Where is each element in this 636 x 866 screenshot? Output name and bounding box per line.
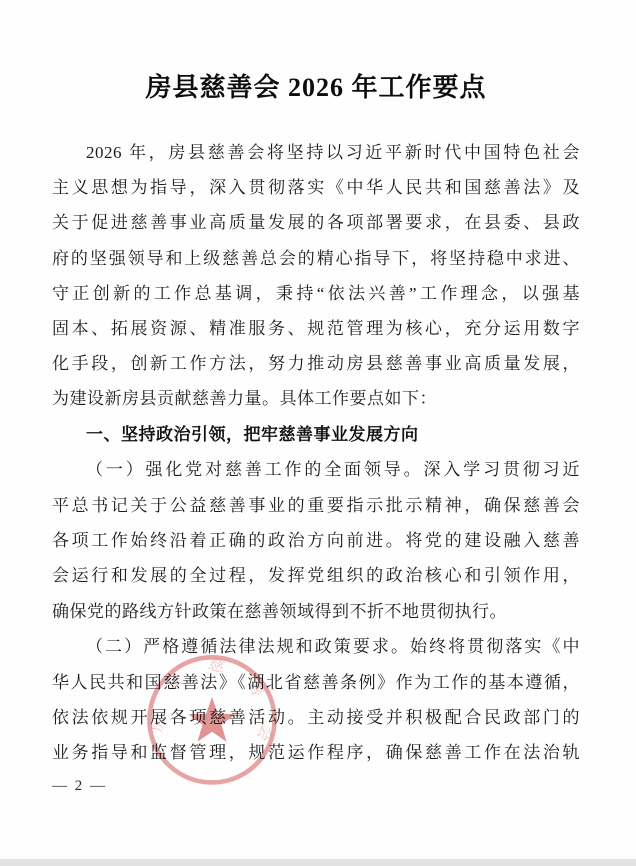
text-line: 一、坚持政治引领，把牢慈善事业发展方向 <box>52 417 580 452</box>
text-segment-body: 各项工作始终沿着正确的政治方向前进。将党的建设融入慈善 <box>52 531 580 550</box>
text-line: 平总书记关于公益慈善事业的重要指示批示精神，确保慈善会 <box>52 488 580 523</box>
text-segment-body: 深入学习贯彻习近 <box>424 460 580 479</box>
text-segment-body: 主义思想为指导，深入贯彻落实《中华人民共和国慈善法》及 <box>52 178 580 197</box>
text-segment-body: 华人民共和国慈善法》《湖北省慈善条例》作为工作的基本遵循， <box>52 673 580 692</box>
text-segment-body: 为建设新房县贡献慈善力量。具体工作要点如下： <box>52 389 437 408</box>
section-heading-1: 一、坚持政治引领，把牢慈善事业发展方向 <box>52 417 580 452</box>
text-line: 固本、拓展资源、精准服务、规范管理为核心，充分运用数字 <box>52 311 580 346</box>
text-line: 华人民共和国慈善法》《湖北省慈善条例》作为工作的基本遵循， <box>52 665 580 700</box>
scanned-document-page: 房县慈善会 2026 年工作要点 2026 年，房县慈善会将坚持以习近平新时代中… <box>0 0 636 866</box>
text-segment-heading: 一、坚持政治引领，把牢慈善事业发展方向 <box>86 425 419 444</box>
text-segment-body: 化手段，创新工作方法，努力推动房县慈善事业高质量发展， <box>52 354 580 373</box>
text-line: 守正创新的工作总基调，秉持“依法兴善”工作理念，以强基 <box>52 276 580 311</box>
text-line: 会运行和发展的全过程，发挥党组织的政治核心和引领作用， <box>52 558 580 593</box>
text-segment-body: 府的坚强领导和上级慈善总会的精心指导下，将坚持稳中求进、 <box>52 249 580 268</box>
text-segment-kai: （二）严格遵循法律法规和政策要求。 <box>86 637 410 657</box>
text-line: （一）强化党对慈善工作的全面领导。深入学习贯彻习近 <box>52 452 580 488</box>
text-segment-body: 平总书记关于公益慈善事业的重要指示批示精神，确保慈善会 <box>52 496 580 515</box>
document-content: 房县慈善会 2026 年工作要点 2026 年，房县慈善会将坚持以习近平新时代中… <box>52 0 580 800</box>
text-segment-body: 会运行和发展的全过程，发挥党组织的政治核心和引领作用， <box>52 566 580 585</box>
text-line: 各项工作始终沿着正确的政治方向前进。将党的建设融入慈善 <box>52 523 580 558</box>
text-segment-body: 依法依规开展各项慈善活动。主动接受并积极配合民政部门的 <box>52 708 580 727</box>
text-line: 确保党的路线方针政策在慈善领域得到不折不地贯彻执行。 <box>52 594 580 629</box>
text-line: 为建设新房县贡献慈善力量。具体工作要点如下： <box>52 381 580 416</box>
text-segment-body: 始终将贯彻落实《中 <box>410 637 580 656</box>
text-line: 2026 年，房县慈善会将坚持以习近平新时代中国特色社会 <box>52 135 580 170</box>
text-segment-body: 2026 年，房县慈善会将坚持以习近平新时代中国特色社会 <box>86 143 580 162</box>
text-line: 关于促进慈善事业高质量发展的各项部署要求，在县委、县政 <box>52 205 580 240</box>
page-number: — 2 — <box>52 772 580 800</box>
scan-bottom-edge <box>0 859 636 866</box>
text-segment-body: 守正创新的工作总基调，秉持“依法兴善”工作理念，以强基 <box>52 284 580 303</box>
text-line: 主义思想为指导，深入贯彻落实《中华人民共和国慈善法》及 <box>52 170 580 205</box>
intro-paragraph: 2026 年，房县慈善会将坚持以习近平新时代中国特色社会主义思想为指导，深入贯彻… <box>52 135 580 417</box>
item-1-paragraph: （一）强化党对慈善工作的全面领导。深入学习贯彻习近平总书记关于公益慈善事业的重要… <box>52 452 580 629</box>
text-segment-kai: （一）强化党对慈善工作的全面领导。 <box>86 460 424 480</box>
document-body: 2026 年，房县慈善会将坚持以习近平新时代中国特色社会主义思想为指导，深入贯彻… <box>52 135 580 771</box>
text-line: 府的坚强领导和上级慈善总会的精心指导下，将坚持稳中求进、 <box>52 241 580 276</box>
text-segment-body: 固本、拓展资源、精准服务、规范管理为核心，充分运用数字 <box>52 319 580 338</box>
document-title: 房县慈善会 2026 年工作要点 <box>52 70 580 106</box>
text-line: （二）严格遵循法律法规和政策要求。始终将贯彻落实《中 <box>52 629 580 665</box>
text-line: 化手段，创新工作方法，努力推动房县慈善事业高质量发展， <box>52 346 580 381</box>
text-segment-body: 关于促进慈善事业高质量发展的各项部署要求，在县委、县政 <box>52 213 580 232</box>
text-line: 业务指导和监督管理，规范运作程序，确保慈善工作在法治轨 <box>52 735 580 770</box>
text-segment-body: 确保党的路线方针政策在慈善领域得到不折不地贯彻执行。 <box>52 602 507 621</box>
item-2-paragraph: （二）严格遵循法律法规和政策要求。始终将贯彻落实《中华人民共和国慈善法》《湖北省… <box>52 629 580 771</box>
text-segment-body: 业务指导和监督管理，规范运作程序，确保慈善工作在法治轨 <box>52 743 580 762</box>
text-line: 依法依规开展各项慈善活动。主动接受并积极配合民政部门的 <box>52 700 580 735</box>
